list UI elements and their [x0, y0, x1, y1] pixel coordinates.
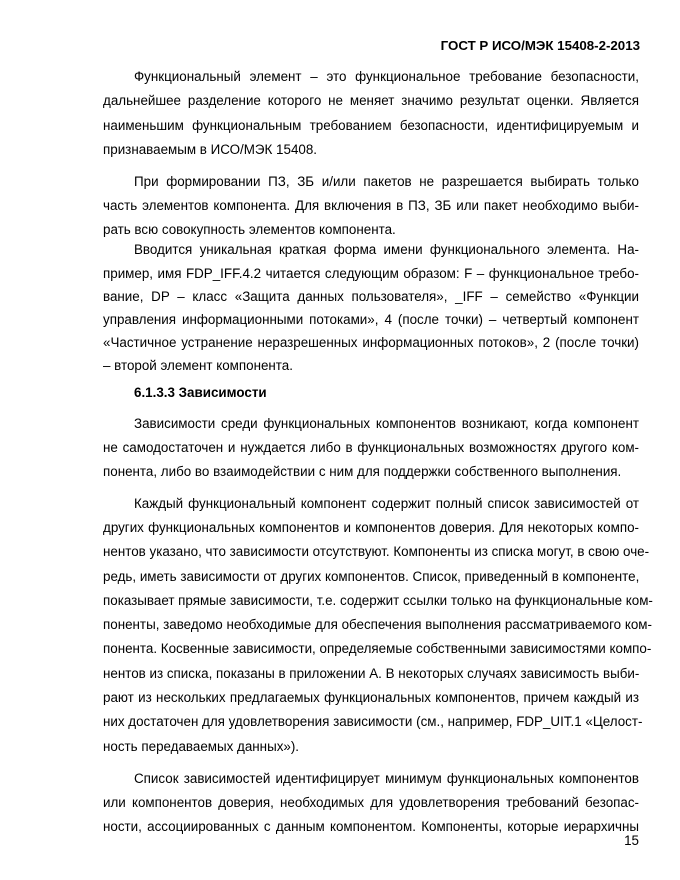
paragraph-5-line: ность передаваемых данных»).: [103, 738, 639, 756]
paragraph-5-line: Каждый функциональный компонент содержит…: [134, 495, 639, 513]
paragraph-2-line: часть элементов компонента. Для включени…: [103, 197, 639, 215]
paragraph-6-line: Список зависимостей идентифицирует миним…: [134, 770, 639, 788]
paragraph-5-line: рают из нескольких предлагаемых функцион…: [103, 689, 639, 707]
document-header: ГОСТ Р ИСО/МЭК 15408-2-2013: [441, 38, 640, 53]
document-page: ГОСТ Р ИСО/МЭК 15408-2-2013 Функциональн…: [0, 0, 680, 880]
paragraph-1-line: признаваемым в ИСО/МЭК 15408.: [103, 141, 639, 159]
section-heading: 6.1.3.3 Зависимости: [134, 384, 267, 402]
paragraph-3-line: Вводится уникальная краткая форма имени …: [134, 241, 639, 259]
paragraph-5-line: других функциональных компонентов и комп…: [103, 519, 639, 537]
paragraph-3-line: пример, имя FDP_IFF.4.2 читается следующ…: [103, 265, 639, 283]
page-number: 15: [624, 833, 639, 848]
paragraph-2-line: При формировании ПЗ, ЗБ и/или пакетов не…: [134, 173, 639, 191]
paragraph-1-line: дальнейшее разделение которого не меняет…: [103, 92, 639, 110]
paragraph-5-line: нентов из списка, показаны в приложении …: [103, 665, 639, 683]
paragraph-6-line: или компонентов доверия, необходимых для…: [103, 794, 639, 812]
paragraph-5-line: них достаточен для удовлетворения зависи…: [103, 713, 639, 731]
paragraph-3-line: «Частичное устранение неразрешенных инфо…: [103, 334, 639, 352]
paragraph-5-line: понента. Косвенные зависимости, определя…: [103, 640, 639, 658]
paragraph-5-line: редь, иметь зависимости от других компон…: [103, 568, 639, 586]
paragraph-4-line: понента, либо во взаимодействии с ним дл…: [103, 463, 639, 481]
paragraph-3-line: – второй элемент компонента.: [103, 357, 639, 375]
paragraph-5-line: нентов указано, что зависимости отсутств…: [103, 543, 639, 561]
paragraph-6-line: ности, ассоциированных с данным компонен…: [103, 818, 639, 836]
paragraph-5-line: поненты, заведомо необходимые для обеспе…: [103, 616, 639, 634]
paragraph-4-line: не самодостаточен и нуждается либо в фун…: [103, 439, 639, 457]
paragraph-3-line: вание, DP – класс «Защита данных пользов…: [103, 288, 639, 306]
paragraph-5-line: показывает прямые зависимости, т.е. соде…: [103, 592, 639, 610]
paragraph-1-line: наименьшим функциональным требованием бе…: [103, 117, 639, 135]
paragraph-3-line: управления информационными потоками», 4 …: [103, 311, 639, 329]
paragraph-1-line: Функциональный элемент – это функциональ…: [134, 68, 639, 86]
paragraph-4-line: Зависимости среди функциональных компоне…: [134, 415, 639, 433]
paragraph-2-line: рать всю совокупность элементов компонен…: [103, 221, 639, 239]
